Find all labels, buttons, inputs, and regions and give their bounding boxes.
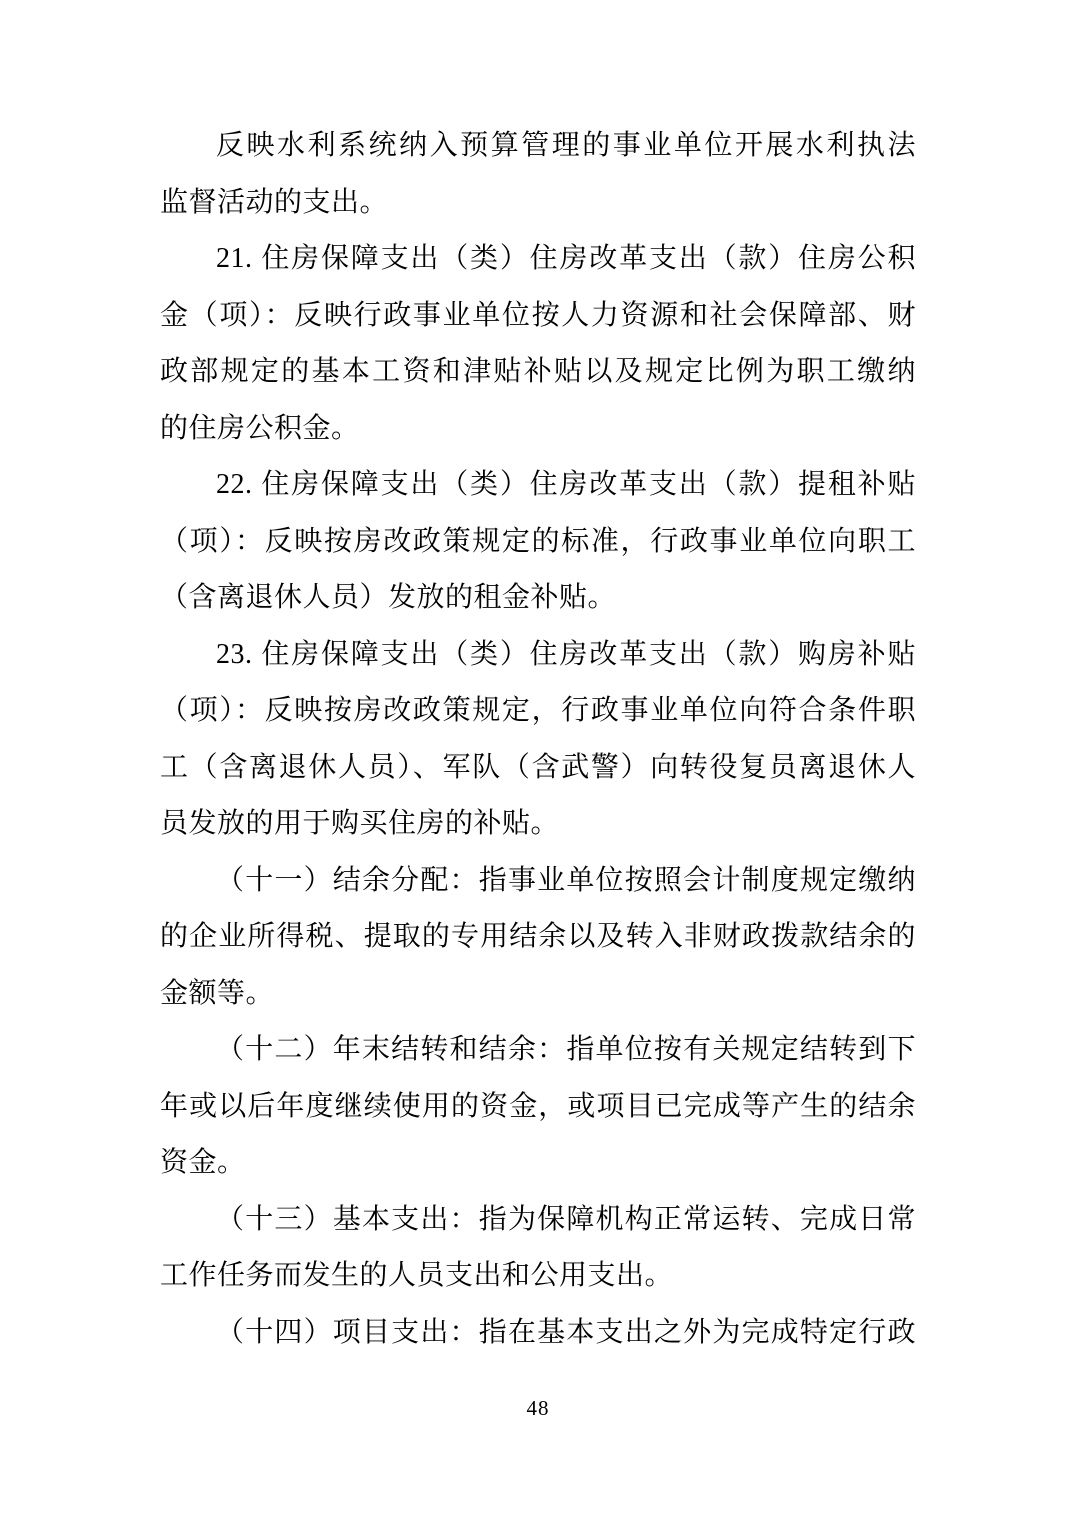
text-line: （十二）年末结转和结余：指单位按有关规定结转到下	[160, 1022, 916, 1079]
page-number: 48	[527, 1396, 550, 1420]
paragraph-item-22-rent-subsidy: 22. 住房保障支出（类）住房改革支出（款）提租补贴 （项）：反映按房改政策规定…	[160, 457, 916, 627]
text-line: 的企业所得税、提取的专用结余以及转入非财政拨款结余的	[160, 909, 916, 966]
paragraph-item-21-housing-fund: 21. 住房保障支出（类）住房改革支出（款）住房公积 金（项）：反映行政事业单位…	[160, 231, 916, 457]
text-line: 的住房公积金。	[160, 401, 916, 458]
text-line: （十一）结余分配：指事业单位按照会计制度规定缴纳	[160, 853, 916, 910]
page-footer: 48	[160, 1396, 916, 1421]
text-line: 员发放的用于购买住房的补贴。	[160, 796, 916, 853]
text-line: 工作任务而发生的人员支出和公用支出。	[160, 1248, 916, 1305]
text-line: （项）：反映按房改政策规定，行政事业单位向符合条件职	[160, 683, 916, 740]
text-line: 资金。	[160, 1135, 916, 1192]
text-line: 21. 住房保障支出（类）住房改革支出（款）住房公积	[160, 231, 916, 288]
paragraph-section-13-basic-expenditure: （十三）基本支出：指为保障机构正常运转、完成日常 工作任务而发生的人员支出和公用…	[160, 1192, 916, 1305]
paragraph-section-14-project-expenditure: （十四）项目支出：指在基本支出之外为完成特定行政	[160, 1305, 916, 1362]
text-line: （项）：反映按房改政策规定的标准，行政事业单位向职工	[160, 514, 916, 571]
paragraph-water-law-supervision: 反映水利系统纳入预算管理的事业单位开展水利执法 监督活动的支出。	[160, 118, 916, 231]
text-line: 反映水利系统纳入预算管理的事业单位开展水利执法	[160, 118, 916, 175]
paragraph-section-11-surplus-distribution: （十一）结余分配：指事业单位按照会计制度规定缴纳 的企业所得税、提取的专用结余以…	[160, 853, 916, 1023]
text-line: （十四）项目支出：指在基本支出之外为完成特定行政	[160, 1305, 916, 1362]
text-line: 工（含离退休人员）、军队（含武警）向转役复员离退休人	[160, 740, 916, 797]
text-line: 年或以后年度继续使用的资金，或项目已完成等产生的结余	[160, 1079, 916, 1136]
text-line: 金（项）：反映行政事业单位按人力资源和社会保障部、财	[160, 288, 916, 345]
text-line: （含离退休人员）发放的租金补贴。	[160, 570, 916, 627]
text-line: （十三）基本支出：指为保障机构正常运转、完成日常	[160, 1192, 916, 1249]
document-body: 反映水利系统纳入预算管理的事业单位开展水利执法 监督活动的支出。 21. 住房保…	[160, 118, 916, 1361]
text-line: 金额等。	[160, 966, 916, 1023]
paragraph-item-23-purchase-subsidy: 23. 住房保障支出（类）住房改革支出（款）购房补贴 （项）：反映按房改政策规定…	[160, 627, 916, 853]
paragraph-section-12-year-end-carryover: （十二）年末结转和结余：指单位按有关规定结转到下 年或以后年度继续使用的资金，或…	[160, 1022, 916, 1192]
text-line: 监督活动的支出。	[160, 175, 916, 232]
document-page: 反映水利系统纳入预算管理的事业单位开展水利执法 监督活动的支出。 21. 住房保…	[0, 0, 1074, 1520]
text-line: 23. 住房保障支出（类）住房改革支出（款）购房补贴	[160, 627, 916, 684]
text-line: 政部规定的基本工资和津贴补贴以及规定比例为职工缴纳	[160, 344, 916, 401]
text-line: 22. 住房保障支出（类）住房改革支出（款）提租补贴	[160, 457, 916, 514]
